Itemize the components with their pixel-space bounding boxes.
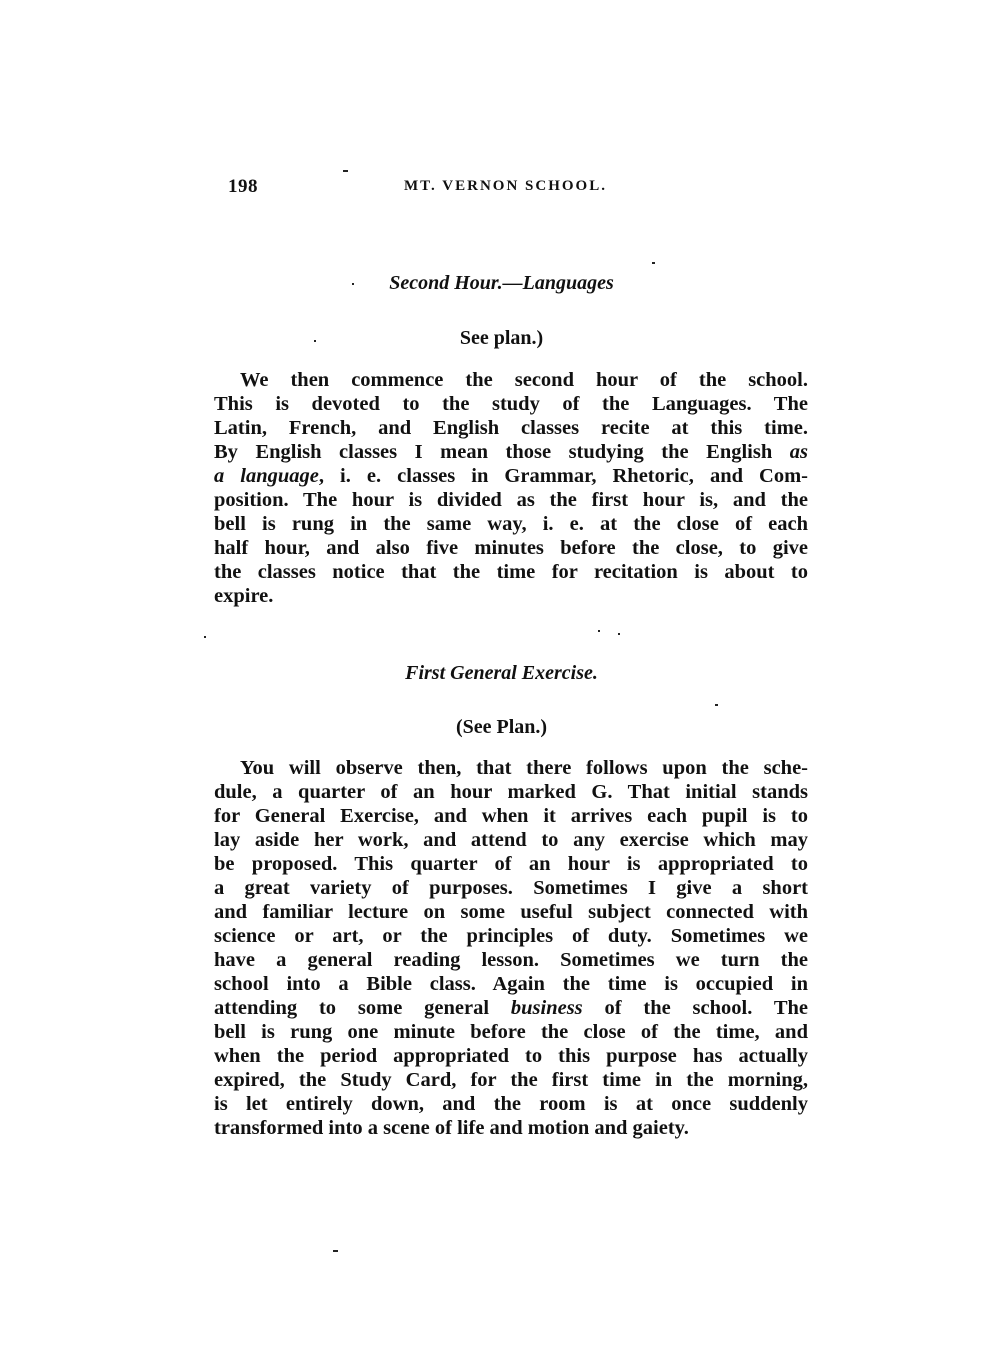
paragraph-general-exercise: You will observe then, that there follow… <box>214 756 808 1140</box>
scan-speck <box>314 340 316 342</box>
scan-speck <box>343 170 348 172</box>
running-title: MT. VERNON SCHOOL. <box>404 178 607 195</box>
text-line: bell is rung in the same way, i. e. at t… <box>214 512 808 536</box>
scan-speck <box>352 283 354 285</box>
scan-speck <box>715 704 718 706</box>
section-title-second-hour: Second Hour.—Languages <box>0 272 1003 295</box>
italic-fragment: as <box>790 441 808 463</box>
text-line: position. The hour is divided as the fir… <box>214 488 808 512</box>
text-line: This is devoted to the study of the Lang… <box>214 392 808 416</box>
text-line: when the period appropriated to this pur… <box>214 1044 808 1068</box>
running-header: 198 MT. VERNON SCHOOL. <box>228 176 808 202</box>
text-line: attending to some general business of th… <box>214 996 808 1020</box>
plan-note-1: See plan.) <box>0 327 1003 350</box>
plan-note-2: (See Plan.) <box>0 716 1003 739</box>
text-line: a great variety of purposes. Sometimes I… <box>214 876 808 900</box>
text-line: for General Exercise, and when it arrive… <box>214 804 808 828</box>
italic-fragment: a language <box>214 465 319 487</box>
text-line: You will observe then, that there follow… <box>214 756 808 780</box>
text-fragment: , i. e. classes in Grammar, Rhetoric, an… <box>319 465 808 487</box>
scan-speck <box>333 1250 338 1252</box>
italic-fragment: business <box>511 997 583 1019</box>
text-line: the classes notice that the time for rec… <box>214 560 808 584</box>
text-line: We then commence the second hour of the … <box>214 368 808 392</box>
text-fragment: of the school. The <box>583 997 808 1019</box>
text-line: a language, i. e. classes in Grammar, Rh… <box>214 464 808 488</box>
section-title-first-general-exercise: First General Exercise. <box>0 662 1003 685</box>
text-line: By English classes I mean those studying… <box>214 440 808 464</box>
text-line: Latin, French, and English classes recit… <box>214 416 808 440</box>
scan-speck <box>618 633 620 635</box>
text-line: science or art, or the principles of dut… <box>214 924 808 948</box>
text-fragment: attending to some general <box>214 997 511 1019</box>
scan-speck <box>204 636 206 638</box>
scan-speck <box>598 630 600 632</box>
text-line: bell is rung one minute before the close… <box>214 1020 808 1044</box>
text-line: school into a Bible class. Again the tim… <box>214 972 808 996</box>
text-fragment: By English classes I mean those studying… <box>214 441 790 463</box>
scanned-book-page: 198 MT. VERNON SCHOOL. Second Hour.—Lang… <box>0 0 1003 1357</box>
text-line: is let entirely down, and the room is at… <box>214 1092 808 1116</box>
text-line: dule, a quarter of an hour marked G. Tha… <box>214 780 808 804</box>
page-number: 198 <box>228 176 258 198</box>
text-line: expire. <box>214 584 808 608</box>
text-line: have a general reading lesson. Sometimes… <box>214 948 808 972</box>
text-line: transformed into a scene of life and mot… <box>214 1116 808 1140</box>
text-line: expired, the Study Card, for the first t… <box>214 1068 808 1092</box>
text-line: lay aside her work, and attend to any ex… <box>214 828 808 852</box>
text-line: be proposed. This quarter of an hour is … <box>214 852 808 876</box>
paragraph-languages: We then commence the second hour of the … <box>214 368 808 608</box>
scan-speck <box>652 262 655 264</box>
text-line: half hour, and also five minutes before … <box>214 536 808 560</box>
text-line: and familiar lecture on some useful subj… <box>214 900 808 924</box>
